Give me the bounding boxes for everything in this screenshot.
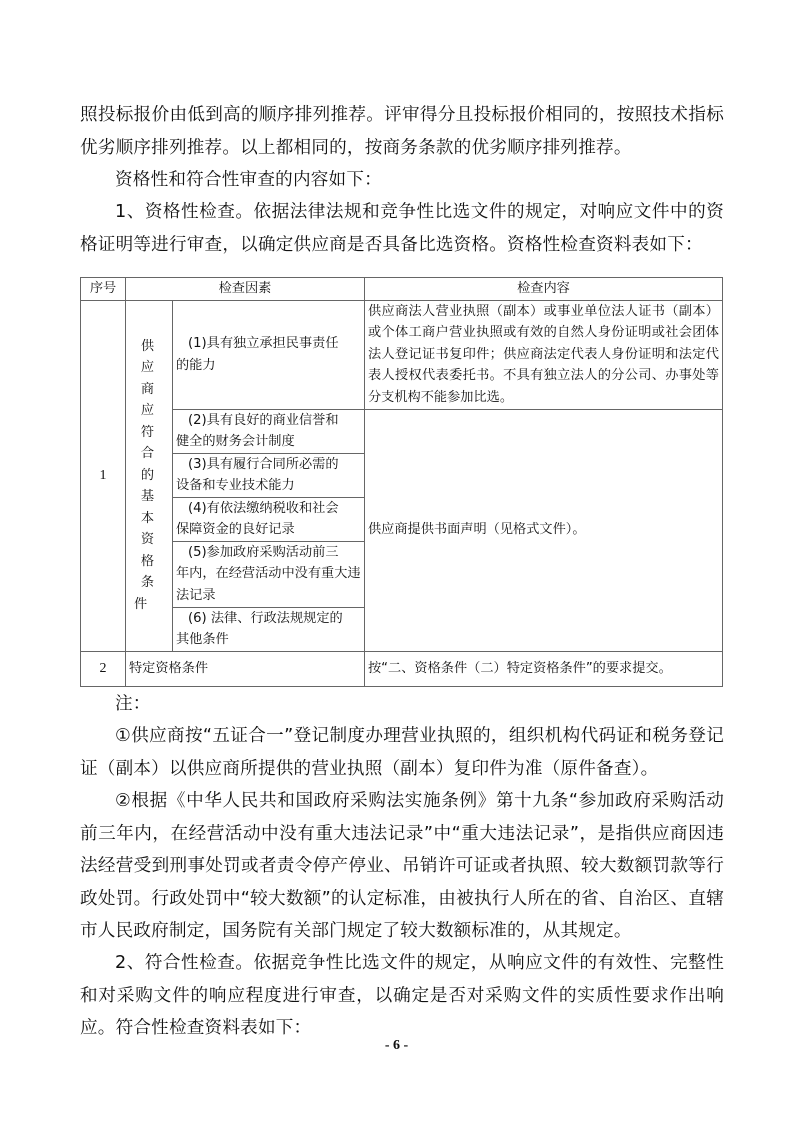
- paragraph-conformity-check: 2、符合性检查。依据竞争性比选文件的规定，从响应文件的有效性、完整性和对采购文件…: [80, 947, 724, 1045]
- specific-qualification-content: 按“二、资格条件（二）特定资格条件”的要求提交。: [365, 651, 723, 686]
- specific-qualification-factor: 特定资格条件: [126, 651, 365, 686]
- paragraph-review-intro: 资格性和符合性审查的内容如下：: [80, 164, 724, 197]
- factor-item-4: (4)有依法缴纳税收和社会 保障资金的良好记录: [173, 497, 365, 541]
- factor-item-3: (3)具有履行合同所必需的 设备和专业技术能力: [173, 453, 365, 497]
- factor-item-5: (5)参加政府采购活动前三 年内，在经营活动中没有重大违法记录: [173, 541, 365, 607]
- header-factor: 检查因素: [126, 278, 365, 301]
- note-item-2: ②根据《中华人民共和国政府采购法实施条例》第十九条“参加政府采购活动前三年内，在…: [80, 785, 724, 948]
- notes-title: 注：: [80, 688, 724, 721]
- header-content: 检查内容: [365, 278, 723, 301]
- paragraph-ranking-rule: 照投标报价由低到高的顺序排列推荐。评审得分且投标报价相同的，按照技术指标优劣顺序…: [80, 99, 724, 164]
- note-item-1: ①供应商按“五证合一”登记制度办理营业执照的，组织机构代码证和税务登记证（副本）…: [80, 720, 724, 785]
- document-page: 照投标报价由低到高的顺序排列推荐。评审得分且投标报价相同的，按照技术指标优劣顺序…: [0, 0, 793, 1122]
- basic-qualification-group-label: 供 应 商 应 符 合 的 基 本 资 格 条 件: [126, 300, 173, 651]
- paragraph-qualification-check: 1、资格性检查。依据法律法规和竞争性比选文件的规定，对响应文件中的资格证明等进行…: [80, 196, 724, 261]
- table-row: 2 特定资格条件 按“二、资格条件（二）特定资格条件”的要求提交。: [81, 651, 723, 686]
- table-row: (2)具有良好的商业信誉和 健全的财务会计制度 供应商提供书面声明（见格式文件）…: [81, 409, 723, 453]
- factor-item-2: (2)具有良好的商业信誉和 健全的财务会计制度: [173, 409, 365, 453]
- page-number: - 6 -: [0, 1038, 793, 1054]
- factor-item-6: (6) 法律、行政法规规定的 其他条件: [173, 607, 365, 651]
- factor-item-1: (1)具有独立承担民事责任 的能力: [173, 300, 365, 409]
- row-seq-2: 2: [81, 651, 126, 686]
- table-row: 1 供 应 商 应 符 合 的 基 本 资 格 条 件 (1)具有独立承担民事责…: [81, 300, 723, 409]
- content-cell-2-6: 供应商提供书面声明（见格式文件）。: [365, 409, 723, 651]
- header-seq: 序号: [81, 278, 126, 301]
- row-seq-1: 1: [81, 300, 126, 651]
- content-cell-1: 供应商法人营业执照（副本）或事业单位法人证书（副本）或个体工商户营业执照或有效的…: [365, 300, 723, 409]
- qualification-check-table: 序号 检查因素 检查内容 1 供 应 商 应 符 合 的 基 本 资 格 条 件…: [80, 277, 723, 687]
- table-header-row: 序号 检查因素 检查内容: [81, 278, 723, 301]
